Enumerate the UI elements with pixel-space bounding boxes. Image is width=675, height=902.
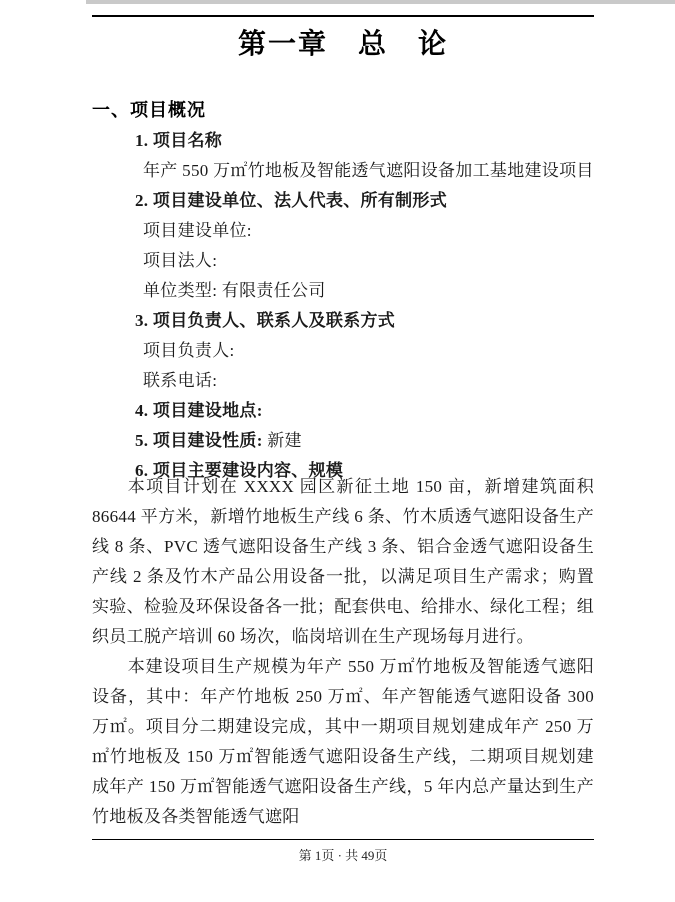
project-name-value: 年产 550 万㎡竹地板及智能透气遮阳设备加工基地建设项目: [92, 156, 594, 186]
unit-type-line: 单位类型: 有限责任公司: [92, 276, 594, 306]
header-rule: [92, 15, 594, 17]
page-number-footer: 第 1页 · 共 49页: [92, 845, 594, 864]
chapter-title: 第一章 总 论: [92, 22, 594, 62]
contact-phone-line: 联系电话:: [92, 366, 594, 396]
footer-rule: [92, 839, 594, 840]
paragraph-production-scale: 本建设项目生产规模为年产 550 万㎡竹地板及智能透气遮阳设备，其中：年产竹地板…: [92, 652, 594, 832]
nature-value: 新建: [267, 431, 302, 450]
document-page: 第一章 总 论 一、项目概况 1. 项目名称 年产 550 万㎡竹地板及智能透气…: [0, 0, 675, 902]
item-2-owner-heading: 2. 项目建设单位、法人代表、所有制形式: [92, 186, 594, 216]
project-leader-line: 项目负责人:: [92, 336, 594, 366]
item-4-location-heading: 4. 项目建设地点:: [92, 396, 594, 426]
paragraph-construction-content: 本项目计划在 XXXX 园区新征土地 150 亩，新增建筑面积 86644 平方…: [92, 472, 594, 652]
nature-label: 5. 项目建设性质:: [135, 431, 267, 450]
page-top-edge: [86, 0, 675, 4]
outline-lines: 1. 项目名称 年产 550 万㎡竹地板及智能透气遮阳设备加工基地建设项目 2.…: [92, 126, 594, 486]
item-1-project-name-heading: 1. 项目名称: [92, 126, 594, 156]
owner-unit-line: 项目建设单位:: [92, 216, 594, 246]
item-3-contact-heading: 3. 项目负责人、联系人及联系方式: [92, 306, 594, 336]
item-5-nature-line: 5. 项目建设性质: 新建: [92, 426, 594, 456]
body-paragraphs: 本项目计划在 XXXX 园区新征土地 150 亩，新增建筑面积 86644 平方…: [92, 472, 594, 832]
legal-person-line: 项目法人:: [92, 246, 594, 276]
section-heading: 一、项目概况: [92, 96, 206, 122]
